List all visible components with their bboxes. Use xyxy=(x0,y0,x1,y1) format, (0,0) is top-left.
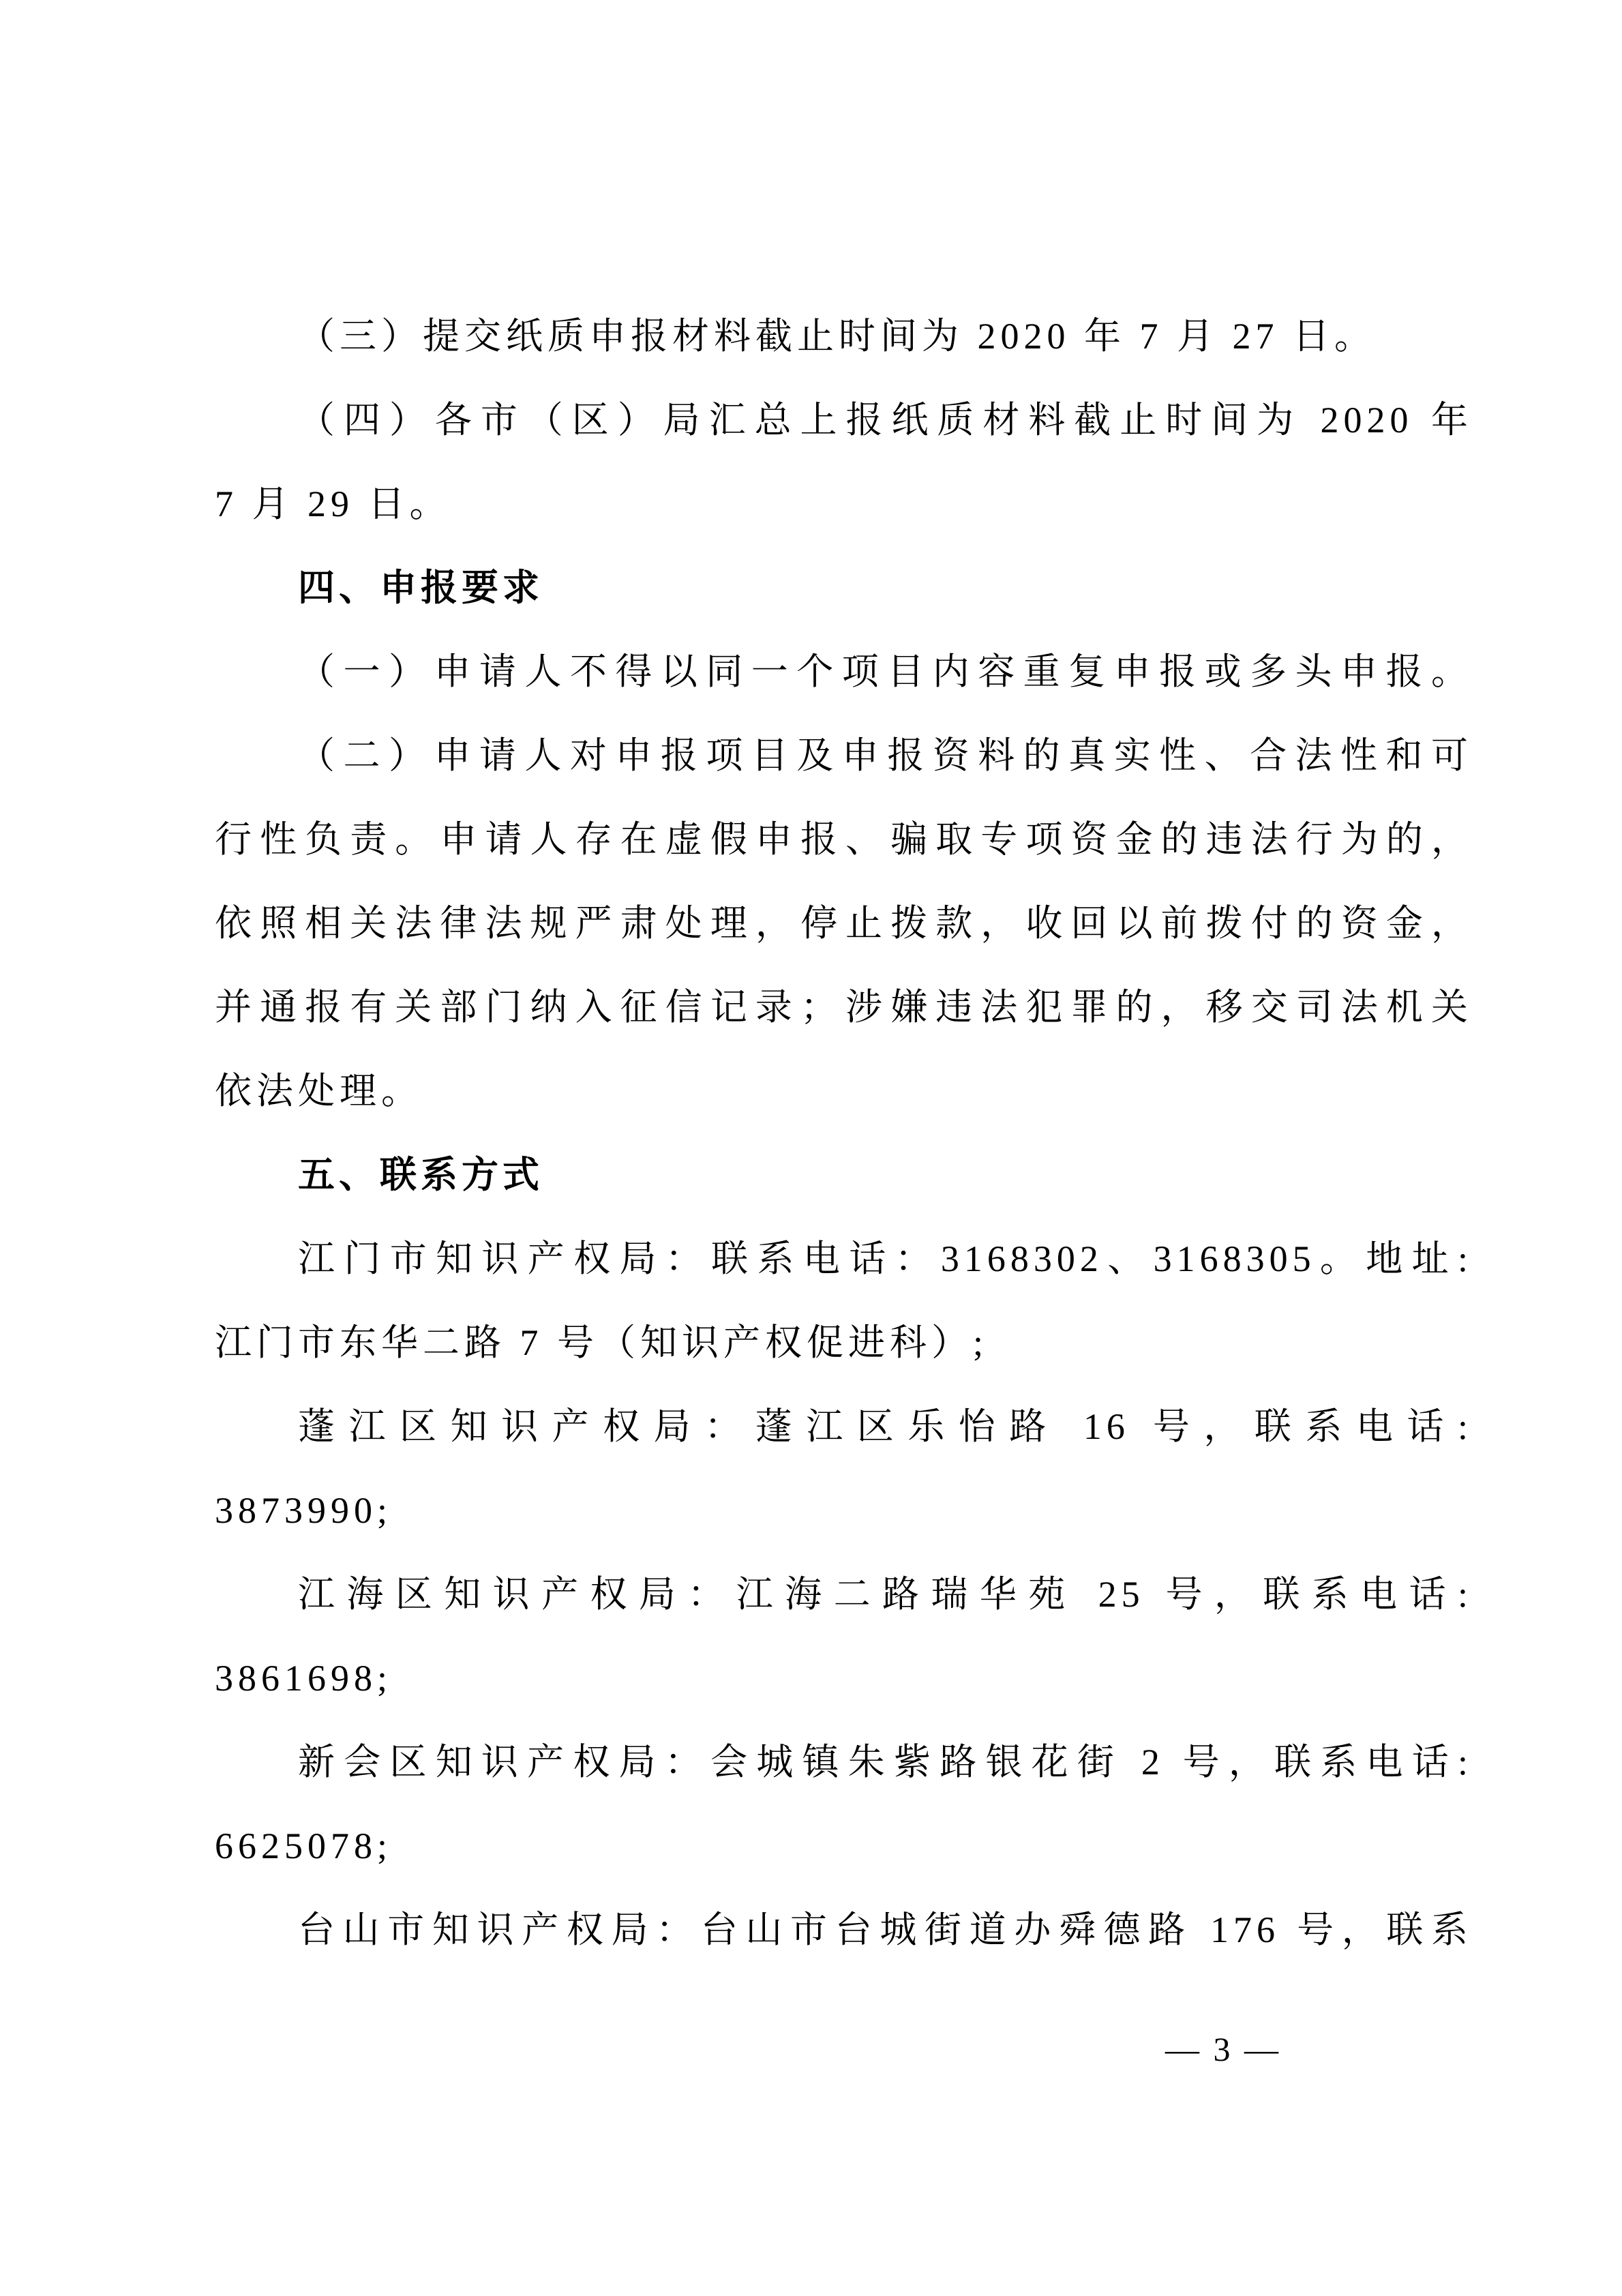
line-req-2-continuation-2: 依照相关法律法规严肃处理，停止拨款，收回以前拨付的资金， xyxy=(215,882,1473,966)
line-contact-xinhui: 新会区知识产权局：会城镇朱紫路银花街 2 号，联系电话: xyxy=(215,1720,1473,1804)
section-heading-application-requirements: 四、申报要求 xyxy=(215,546,1473,630)
line-contact-taishan: 台山市知识产权局：台山市台城街道办舜德路 176 号，联系 xyxy=(215,1888,1473,1972)
line-contact-jiangmen-address: 江门市东华二路 7 号（知识产权促进科）; xyxy=(215,1301,1473,1385)
document-page: （三）提交纸质申报材料截止时间为 2020 年 7 月 27 日。 （四）各市（… xyxy=(0,0,1622,2296)
line-req-1-no-duplicate: （一）申请人不得以同一个项目内容重复申报或多头申报。 xyxy=(215,630,1473,714)
line-req-2-continuation-3: 并通报有关部门纳入征信记录；涉嫌违法犯罪的，移交司法机关 xyxy=(215,966,1473,1049)
line-item-4-summary-deadline: （四）各市（区）局汇总上报纸质材料截止时间为 2020 年 xyxy=(215,378,1473,462)
section-heading-contact-info: 五、联系方式 xyxy=(215,1133,1473,1217)
document-body: （三）提交纸质申报材料截止时间为 2020 年 7 月 27 日。 （四）各市（… xyxy=(215,295,1473,1972)
line-item-4-continuation: 7 月 29 日。 xyxy=(215,462,1473,546)
line-contact-xinhui-phone: 6625078; xyxy=(215,1804,1473,1888)
line-contact-jiangmen: 江门市知识产权局：联系电话：3168302、3168305。地址: xyxy=(215,1217,1473,1301)
line-item-3-paper-deadline: （三）提交纸质申报材料截止时间为 2020 年 7 月 27 日。 xyxy=(215,295,1473,378)
line-req-2-truthfulness: （二）申请人对申报项目及申报资料的真实性、合法性和可 xyxy=(215,714,1473,798)
line-contact-pengjiang: 蓬江区知识产权局：蓬江区乐怡路 16 号，联系电话: xyxy=(215,1385,1473,1469)
line-req-2-continuation-4: 依法处理。 xyxy=(215,1049,1473,1133)
line-contact-jianghai: 江海区知识产权局：江海二路瑞华苑 25 号，联系电话: xyxy=(215,1553,1473,1637)
line-contact-pengjiang-phone: 3873990; xyxy=(215,1469,1473,1553)
page-number: — 3 — xyxy=(1165,2029,1281,2070)
line-contact-jianghai-phone: 3861698; xyxy=(215,1637,1473,1720)
line-req-2-continuation-1: 行性负责。申请人存在虚假申报、骗取专项资金的违法行为的， xyxy=(215,798,1473,882)
